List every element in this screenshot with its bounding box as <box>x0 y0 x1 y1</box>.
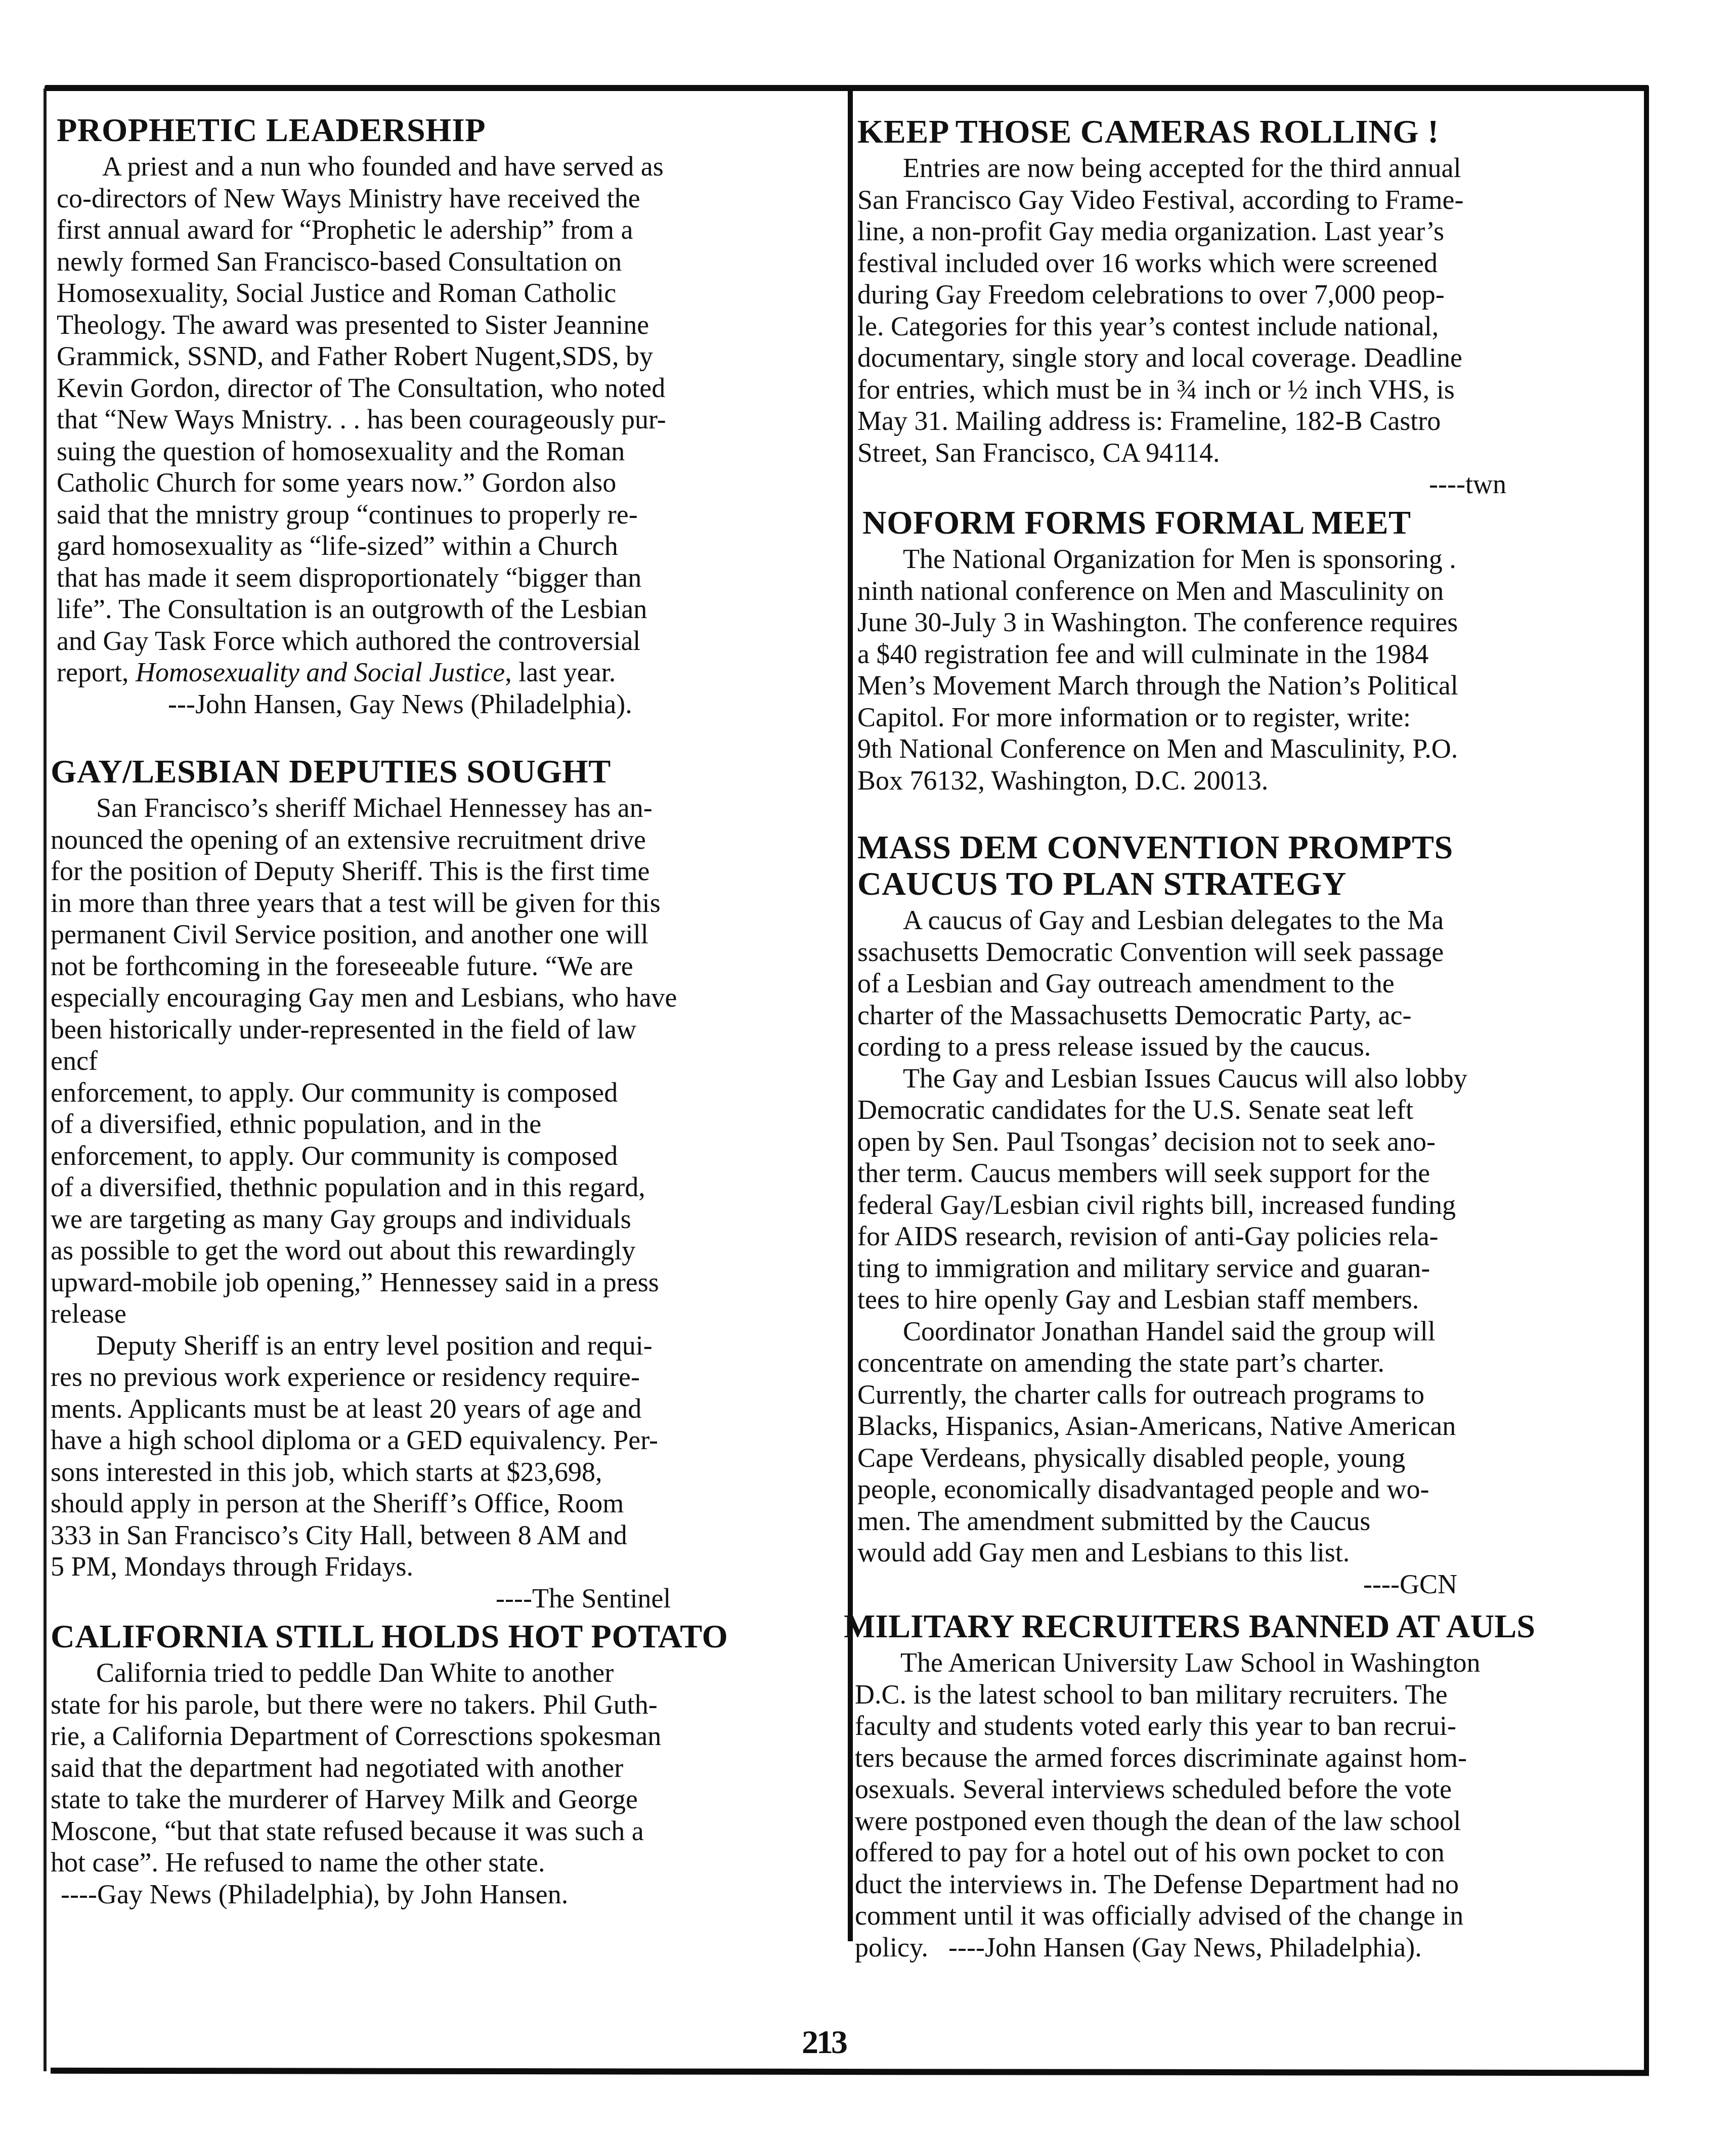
headline-line-2: CAUCUS TO PLAN STRATEGY <box>857 866 1639 902</box>
article-body: A caucus of Gay and Lesbian delegates to… <box>857 904 1639 1600</box>
headline: GAY/LESBIAN DEPUTIES SOUGHT <box>51 754 840 790</box>
body-line: life”. The Consultation is an outgrowth … <box>57 593 841 625</box>
body-line: June 30-July 3 in Washington. The confer… <box>857 606 1641 638</box>
body-line: especially encouraging Gay men and Lesbi… <box>51 982 840 1014</box>
body-line: newly formed San Francisco-based Consult… <box>57 246 841 278</box>
body-line: Catholic Church for some years now.” Gor… <box>57 467 841 499</box>
body-line: Street, San Francisco, CA 94114. <box>857 437 1639 469</box>
body-line: would add Gay men and Lesbians to this l… <box>857 1537 1639 1568</box>
body-line: ting to immigration and military service… <box>857 1252 1639 1284</box>
body-line: May 31. Mailing address is: Frameline, 1… <box>857 405 1639 437</box>
report-title: Homosexuality and Social Justice <box>136 657 505 687</box>
body-line: concentrate on amending the state part’s… <box>857 1347 1639 1379</box>
body-line: ters because the armed forces discrimina… <box>855 1742 1643 1774</box>
body-line: first annual award for “Prophetic le ade… <box>57 214 841 246</box>
body-line: Coordinator Jonathan Handel said the gro… <box>857 1316 1639 1347</box>
article-body: San Francisco’s sheriff Michael Hennesse… <box>51 792 840 1614</box>
body-line: Grammick, SSND, and Father Robert Nugent… <box>57 340 841 372</box>
article-body: Entries are now being accepted for the t… <box>857 152 1639 500</box>
body-line: gard homosexuality as “life-sized” withi… <box>57 530 841 562</box>
body-line: A caucus of Gay and Lesbian delegates to… <box>857 904 1639 936</box>
body-line: Box 76132, Washington, D.C. 20013. <box>857 765 1641 797</box>
body-line: ssachusetts Democratic Convention will s… <box>857 936 1639 968</box>
body-line: res no previous work experience or resid… <box>51 1361 840 1393</box>
article-california-hot-potato: CALIFORNIA STILL HOLDS HOT POTATO Califo… <box>51 1619 840 1910</box>
article-body: The National Organization for Men is spo… <box>857 543 1641 796</box>
body-line: that “New Ways Mnistry. . . has been cou… <box>57 404 841 435</box>
article-body: A priest and a nun who founded and have … <box>57 151 841 720</box>
body-line: D.C. is the latest school to ban militar… <box>855 1679 1643 1711</box>
article-body: California tried to peddle Dan White to … <box>51 1657 840 1910</box>
body-line: enforcement, to apply. Our community is … <box>51 1077 840 1109</box>
body-line: 9th National Conference on Men and Mascu… <box>857 733 1641 765</box>
headline: MILITARY RECRUITERS BANNED AT AULS <box>844 1608 1643 1645</box>
body-line: ninth national conference on Men and Mas… <box>857 575 1641 607</box>
body-line: federal Gay/Lesbian civil rights bill, i… <box>857 1189 1639 1221</box>
body-line: upward-mobile job opening,” Hennessey sa… <box>51 1267 840 1298</box>
byline: ----twn <box>857 468 1639 500</box>
body-line: as possible to get the word out about th… <box>51 1235 840 1267</box>
body-line: of a diversified, thethnic population an… <box>51 1171 840 1203</box>
body-line: of a Lesbian and Gay outreach amendment … <box>857 968 1639 999</box>
body-line: state for his parole, but there were no … <box>51 1689 840 1721</box>
article-prophetic-leadership: PROPHETIC LEADERSHIP A priest and a nun … <box>57 112 841 720</box>
body-line: co-directors of New Ways Ministry have r… <box>57 183 841 214</box>
article-body: The American University Law School in Wa… <box>855 1647 1643 1963</box>
body-line: le. Categories for this year’s contest i… <box>857 311 1639 342</box>
headline-line-1: MASS DEM CONVENTION PROMPTS <box>857 830 1639 866</box>
body-line: said that the department had negotiated … <box>51 1752 840 1784</box>
article-military-recruiters: MILITARY RECRUITERS BANNED AT AULS The A… <box>844 1608 1643 1963</box>
body-line: festival included over 16 works which we… <box>857 247 1639 279</box>
line-prefix: report, <box>57 657 136 687</box>
page-frame-top-rule <box>45 85 1649 91</box>
article-noform-formal-meet: NOFORM FORMS FORMAL MEET The National Or… <box>862 505 1641 796</box>
body-line: a $40 registration fee and will culminat… <box>857 638 1641 670</box>
body-line: open by Sen. Paul Tsongas’ decision not … <box>857 1126 1639 1158</box>
body-line: been historically under-represented in t… <box>51 1014 840 1045</box>
body-line: during Gay Freedom celebrations to over … <box>857 279 1639 311</box>
page-frame-right-rule <box>1644 87 1649 2075</box>
body-line: for AIDS research, revision of anti-Gay … <box>857 1221 1639 1252</box>
body-line: said that the mnistry group “continues t… <box>57 499 841 531</box>
body-line: that has made it seem disproportionately… <box>57 562 841 594</box>
body-line: duct the interviews in. The Defense Depa… <box>855 1868 1643 1900</box>
body-line: for the position of Deputy Sheriff. This… <box>51 855 840 887</box>
headline: KEEP THOSE CAMERAS ROLLING ! <box>857 114 1639 150</box>
body-line: 333 in San Francisco’s City Hall, betwee… <box>51 1519 840 1551</box>
byline: ----Gay News (Philadelphia), by John Han… <box>51 1879 840 1910</box>
body-line: enforcement, to apply. Our community is … <box>51 1140 840 1172</box>
body-line: in more than three years that a test wil… <box>51 887 840 919</box>
body-line: ments. Applicants must be at least 20 ye… <box>51 1393 840 1425</box>
body-line: and Gay Task Force which authored the co… <box>57 625 841 657</box>
article-mass-dem-convention: MASS DEM CONVENTION PROMPTS CAUCUS TO PL… <box>857 830 1639 1600</box>
body-line: Deputy Sheriff is an entry level positio… <box>51 1330 840 1362</box>
line-text: policy. <box>855 1932 928 1963</box>
body-line: ther term. Caucus members will seek supp… <box>857 1157 1639 1189</box>
body-line: for entries, which must be in ¾ inch or … <box>857 374 1639 406</box>
body-line: The Gay and Lesbian Issues Caucus will a… <box>857 1063 1639 1095</box>
body-line: San Francisco’s sheriff Michael Hennesse… <box>51 792 840 824</box>
body-line: tees to hire openly Gay and Lesbian staf… <box>857 1284 1639 1316</box>
body-line: A priest and a nun who founded and have … <box>57 151 841 183</box>
body-line: Homosexuality, Social Justice and Roman … <box>57 277 841 309</box>
body-line: The National Organization for Men is spo… <box>857 543 1641 575</box>
body-line: line, a non-profit Gay media organizatio… <box>857 215 1639 247</box>
body-line: release <box>51 1298 840 1330</box>
body-line: charter of the Massachusetts Democratic … <box>857 999 1639 1031</box>
body-line-with-byline: policy.----John Hansen (Gay News, Philad… <box>855 1932 1643 1964</box>
body-line: nounced the opening of an extensive recr… <box>51 824 840 856</box>
body-line: The American University Law School in Wa… <box>855 1647 1643 1679</box>
body-line: Currently, the charter calls for outreac… <box>857 1379 1639 1411</box>
article-deputies-sought: GAY/LESBIAN DEPUTIES SOUGHT San Francisc… <box>51 754 840 1614</box>
headline: NOFORM FORMS FORMAL MEET <box>862 505 1641 541</box>
body-line: Entries are now being accepted for the t… <box>857 152 1639 184</box>
body-line: Moscone, “but that state refused because… <box>51 1815 840 1847</box>
body-line: Cape Verdeans, physically disabled peopl… <box>857 1442 1639 1474</box>
body-line: were postponed even though the dean of t… <box>855 1805 1643 1837</box>
byline: ---John Hansen, Gay News (Philadelphia). <box>57 688 841 720</box>
body-line: San Francisco Gay Video Festival, accord… <box>857 184 1639 216</box>
body-line: people, economically disadvantaged peopl… <box>857 1473 1639 1505</box>
page-frame-left-rule <box>44 89 47 2071</box>
body-line: offered to pay for a hotel out of his ow… <box>855 1837 1643 1868</box>
headline: PROPHETIC LEADERSHIP <box>57 112 841 149</box>
body-line: Democratic candidates for the U.S. Senat… <box>857 1094 1639 1126</box>
byline: ----The Sentinel <box>51 1583 840 1615</box>
body-line: 5 PM, Mondays through Fridays. <box>51 1551 840 1583</box>
body-line-with-title: report, Homosexuality and Social Justice… <box>57 657 841 688</box>
body-line: state to take the murderer of Harvey Mil… <box>51 1783 840 1815</box>
body-line: osexuals. Several interviews scheduled b… <box>855 1773 1643 1805</box>
headline: CALIFORNIA STILL HOLDS HOT POTATO <box>51 1619 840 1655</box>
body-line: encf <box>51 1045 840 1077</box>
line-suffix: , last year. <box>505 657 616 687</box>
byline: ----GCN <box>857 1568 1639 1600</box>
article-keep-cameras-rolling: KEEP THOSE CAMERAS ROLLING ! Entries are… <box>857 114 1639 500</box>
body-line: Men’s Movement March through the Nation’… <box>857 670 1641 702</box>
body-line: California tried to peddle Dan White to … <box>51 1657 840 1689</box>
body-line: men. The amendment submitted by the Cauc… <box>857 1505 1639 1537</box>
body-line: suing the question of homosexuality and … <box>57 435 841 467</box>
body-line: permanent Civil Service position, and an… <box>51 919 840 950</box>
body-line: should apply in person at the Sheriff’s … <box>51 1488 840 1519</box>
byline: ----John Hansen (Gay News, Philadelphia)… <box>928 1932 1422 1963</box>
body-line: Blacks, Hispanics, Asian-Americans, Nati… <box>857 1410 1639 1442</box>
body-line: Theology. The award was presented to Sis… <box>57 309 841 341</box>
body-line: we are targeting as many Gay groups and … <box>51 1203 840 1235</box>
page-frame-bottom-rule <box>51 2068 1649 2076</box>
body-line: not be forthcoming in the foreseeable fu… <box>51 950 840 982</box>
body-line: hot case”. He refused to name the other … <box>51 1847 840 1879</box>
body-line: sons interested in this job, which start… <box>51 1456 840 1488</box>
body-line: of a diversified, ethnic population, and… <box>51 1108 840 1140</box>
body-line: have a high school diploma or a GED equi… <box>51 1424 840 1456</box>
body-line: Capitol. For more information or to regi… <box>857 702 1641 733</box>
page-number: 213 <box>802 2023 846 2062</box>
body-line: cording to a press release issued by the… <box>857 1031 1639 1063</box>
body-line: faculty and students voted early this ye… <box>855 1710 1643 1742</box>
body-line: comment until it was officially advised … <box>855 1900 1643 1932</box>
body-line: Kevin Gordon, director of The Consultati… <box>57 372 841 404</box>
body-line: documentary, single story and local cove… <box>857 342 1639 374</box>
body-line: rie, a California Department of Corresct… <box>51 1720 840 1752</box>
